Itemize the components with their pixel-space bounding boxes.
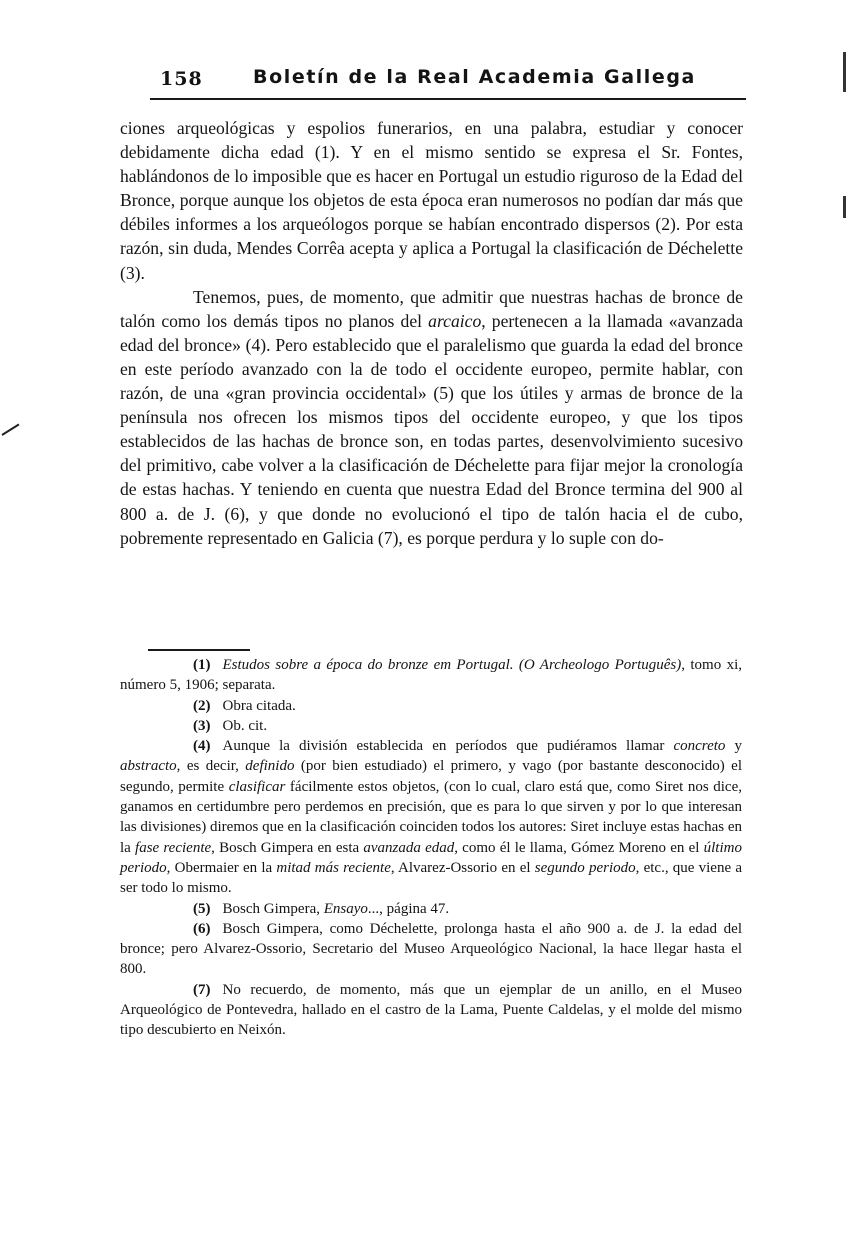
text-run: Bosch Gimpera,	[223, 901, 324, 917]
text-run: Aunque la división establecida en períod…	[223, 738, 674, 754]
text-run: No recuerdo, de momento, más que un ejem…	[120, 982, 742, 1039]
text-run: , Bosch Gimpera en esta	[211, 840, 363, 856]
body-paragraph-2: Tenemos, pues, de momento, que admitir q…	[120, 285, 743, 550]
text-run: Ob. cit.	[223, 718, 268, 734]
footnote-number: (7)	[193, 982, 211, 998]
text-run: , Alvarez-Ossorio en el	[391, 860, 535, 876]
italic-text: fase reciente	[135, 840, 211, 856]
margin-edge-mark	[843, 196, 846, 218]
footnote-number: (3)	[193, 718, 211, 734]
footnote-number: (6)	[193, 921, 211, 937]
footnote-3: (3)Ob. cit.	[120, 716, 742, 736]
italic-text: arcaico	[428, 311, 481, 331]
italic-text: Estudos sobre a época do bronze em Portu…	[223, 657, 682, 673]
margin-pencil-mark	[1, 424, 19, 436]
text-run: , es decir,	[177, 758, 246, 774]
body-paragraph-1: ciones arqueológicas y espolios funerari…	[120, 116, 743, 285]
footnote-5: (5)Bosch Gimpera, Ensayo..., página 47.	[120, 899, 742, 919]
footnotes: (1)Estudos sobre a época do bronze em Po…	[120, 655, 742, 1041]
text-run: Obra citada.	[223, 698, 296, 714]
footnote-number: (2)	[193, 698, 211, 714]
italic-text: clasificar	[229, 779, 286, 795]
italic-text: Ensayo	[324, 901, 368, 917]
text-run: ciones arqueológicas y espolios funerari…	[120, 118, 743, 283]
page-number: 158	[160, 68, 203, 90]
footnote-2: (2)Obra citada.	[120, 696, 742, 716]
book-page: 158 Boletín de la Real Academia Gallega …	[0, 0, 850, 1239]
footnote-number: (5)	[193, 901, 211, 917]
body-text: ciones arqueológicas y espolios funerari…	[120, 116, 743, 550]
footnote-7: (7)No recuerdo, de momento, más que un e…	[120, 980, 742, 1041]
footnote-6: (6)Bosch Gimpera, como Déchelette, prolo…	[120, 919, 742, 980]
footnote-4: (4)Aunque la división establecida en per…	[120, 736, 742, 898]
italic-text: definido	[245, 758, 294, 774]
text-run: , Obermaier en la	[167, 860, 277, 876]
text-run: y	[725, 738, 742, 754]
italic-text: mitad más reciente	[276, 860, 391, 876]
italic-text: abstracto	[120, 758, 177, 774]
text-run: , como él le llama, Gómez Moreno en el	[454, 840, 703, 856]
footnote-number: (1)	[193, 657, 211, 673]
italic-text: avanzada edad	[363, 840, 454, 856]
margin-edge-mark	[843, 52, 846, 92]
footnote-separator	[148, 649, 250, 651]
italic-text: segundo periodo	[535, 860, 636, 876]
italic-text: concreto	[673, 738, 725, 754]
text-run: , pertenecen a la llamada «avanzada edad…	[120, 311, 743, 548]
footnote-1: (1)Estudos sobre a época do bronze em Po…	[120, 655, 742, 696]
footnote-number: (4)	[193, 738, 211, 754]
running-head: 158 Boletín de la Real Academia Gallega	[150, 64, 746, 98]
text-run: Bosch Gimpera, como Déchelette, prolonga…	[120, 921, 742, 978]
journal-title: Boletín de la Real Academia Gallega	[253, 66, 696, 88]
text-run: ..., página 47.	[368, 901, 449, 917]
header-rule	[150, 98, 746, 100]
